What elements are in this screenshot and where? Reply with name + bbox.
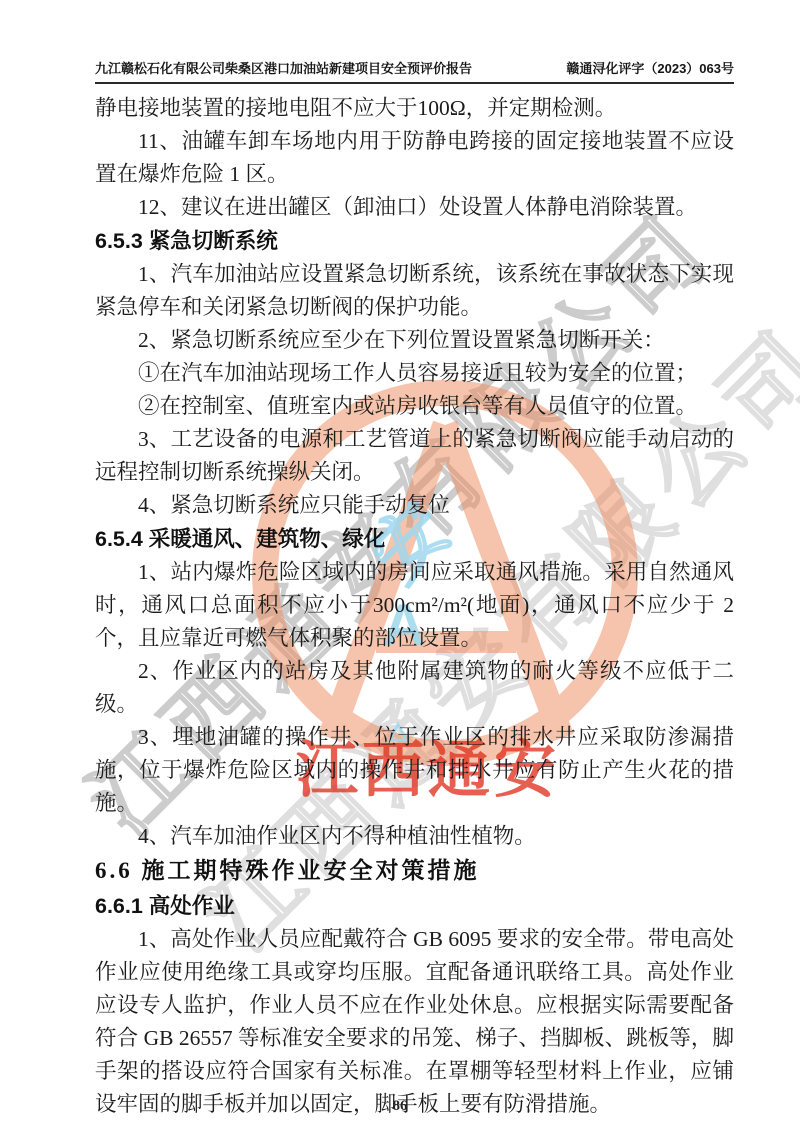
paragraph-item-3: 3、工艺设备的电源和工艺管道上的紧急切断阀应能手动启动的远程控制切断系统操纵关闭… <box>95 423 734 489</box>
section-heading-6-5-3: 6.5.3 紧急切断系统 <box>95 224 734 258</box>
paragraph-item-3: 3、埋地油罐的操作井、位于作业区的排水井应采取防渗漏措施，位于爆炸危险区域内的操… <box>95 721 734 820</box>
paragraph-item-1: 1、站内爆炸危险区域内的房间应采取通风措施。采用自然通风时，通风口总面积不应小于… <box>95 556 734 655</box>
paragraph-item-2: 2、作业区内的站房及其他附属建筑物的耐火等级不应低于二级。 <box>95 655 734 721</box>
paragraph-subitem-circle1: ①在汽车加油站现场工作人员容易接近且较为安全的位置； <box>95 357 734 390</box>
page-footer: 86 <box>0 1098 800 1115</box>
header-doc-number: 赣通浔化评字（2023）063号 <box>566 58 734 77</box>
paragraph-item-12: 12、建议在进出罐区（卸油口）处设置人体静电消除装置。 <box>95 191 734 224</box>
paragraph-item-1: 1、高处作业人员应配戴符合 GB 6095 要求的安全带。带电高处作业应使用绝缘… <box>95 923 734 1121</box>
header-report-title: 九江赣松石化有限公司柴桑区港口加油站新建项目安全预评价报告 <box>95 58 472 77</box>
paragraph-subitem-circle2: ②在控制室、值班室内或站房收银台等有人员值守的位置。 <box>95 390 734 423</box>
paragraph-item-11: 11、油罐车卸车场地内用于防静电跨接的固定接地装置不应设置在爆炸危险 1 区。 <box>95 125 734 191</box>
paragraph-item-4: 4、汽车加油作业区内不得种植油性植物。 <box>95 820 734 853</box>
paragraph-item-1: 1、汽车加油站应设置紧急切断系统，该系统在事故状态下实现紧急停车和关闭紧急切断阀… <box>95 258 734 324</box>
section-heading-6-6-1: 6.6.1 高处作业 <box>95 889 734 923</box>
document-page: 九江赣松石化有限公司柴桑区港口加油站新建项目安全预评价报告 赣通浔化评字（202… <box>0 58 800 1121</box>
paragraph-item-2: 2、紧急切断系统应至少在下列位置设置紧急切断开关： <box>95 324 734 357</box>
paragraph-item-4: 4、紧急切断系统应只能手动复位 <box>95 489 734 522</box>
section-heading-6-5-4: 6.5.4 采暖通风、建筑物、绿化 <box>95 522 734 556</box>
page-header: 九江赣松石化有限公司柴桑区港口加油站新建项目安全预评价报告 赣通浔化评字（202… <box>95 58 734 84</box>
paragraph-continuation: 静电接地装置的接地电阻不应大于100Ω，并定期检测。 <box>95 92 734 125</box>
page-number: 86 <box>393 1098 408 1114</box>
section-heading-6-6: 6.6 施工期特殊作业安全对策措施 <box>95 853 734 889</box>
document-body: 静电接地装置的接地电阻不应大于100Ω，并定期检测。 11、油罐车卸车场地内用于… <box>95 92 734 1121</box>
